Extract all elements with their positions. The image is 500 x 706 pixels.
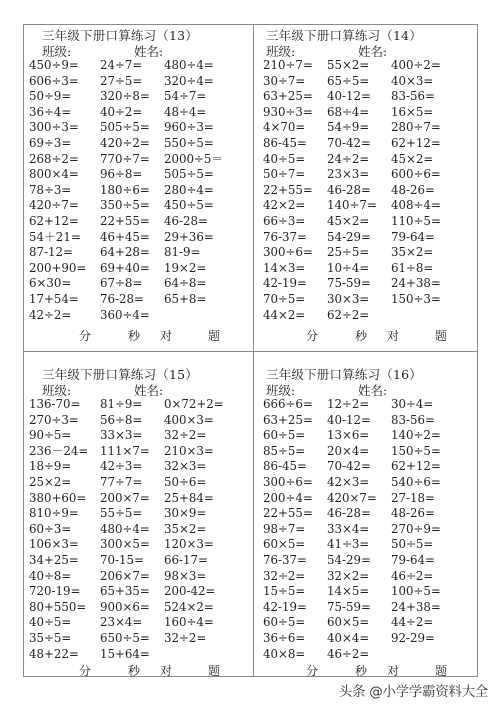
problem-cell: 29+36= bbox=[164, 230, 214, 246]
problem-cell: 46+45= bbox=[100, 230, 150, 246]
problem-row: 85÷5=20×4=150÷5= bbox=[254, 444, 482, 460]
problem-cell: 300÷6= bbox=[263, 475, 313, 491]
score-footer: 分 秒 对 题 bbox=[254, 327, 482, 343]
problem-cell: 86-45= bbox=[263, 459, 307, 475]
problem-cell: 36÷6= bbox=[263, 631, 305, 647]
problem-row: 25×2=77÷7= 50÷6= bbox=[24, 475, 252, 491]
problem-cell: 60÷5= bbox=[263, 428, 305, 444]
problem-cell: 270÷9= bbox=[391, 522, 441, 538]
problem-cell: 75-59= bbox=[327, 600, 371, 616]
problem-cell: 64+28= bbox=[100, 245, 150, 261]
problem-cell: 160÷4= bbox=[164, 615, 214, 631]
problem-cell: 210×3= bbox=[164, 444, 214, 460]
problem-cell: 650÷5= bbox=[100, 631, 150, 647]
problem-cell: 32÷2= bbox=[164, 428, 206, 444]
problem-row: 200+90=69+40=19×2= bbox=[24, 261, 252, 277]
problem-cell: 22+55= bbox=[263, 183, 313, 199]
problem-cell: 450÷5= bbox=[164, 198, 214, 214]
problem-row: 300÷6=25÷5=35×2= bbox=[254, 245, 482, 261]
problem-cell: 65+35= bbox=[100, 584, 150, 600]
problem-cell: 66÷3= bbox=[263, 214, 305, 230]
problem-cell: 98÷7= bbox=[263, 522, 305, 538]
problem-cell: 150÷5= bbox=[391, 444, 441, 460]
problem-cell: 40÷5= bbox=[29, 615, 71, 631]
problem-cell: 450÷9= bbox=[29, 58, 79, 74]
problem-row: 6×30=67÷8=64÷8= bbox=[24, 276, 252, 292]
problem-row: 210÷7=55×2=400÷2= bbox=[254, 58, 482, 74]
problem-row: 380+60=200×7= 25+84= bbox=[24, 491, 252, 507]
problem-cell: 70-42= bbox=[327, 136, 371, 152]
problem-cell: 40-12= bbox=[327, 413, 371, 429]
problem-cell: 106×3= bbox=[29, 537, 79, 553]
problem-cell: 46-28= bbox=[327, 506, 371, 522]
correct-label: 对 bbox=[387, 327, 399, 344]
problem-row: 236－24=111×7=210×3= bbox=[24, 444, 252, 460]
problem-row: 44×2= 62÷2= bbox=[254, 308, 482, 324]
problem-cell: 420÷7= bbox=[29, 198, 79, 214]
problem-cell: 10÷4= bbox=[327, 261, 369, 277]
problem-cell: 46-28= bbox=[327, 183, 371, 199]
worksheet-14: 三年级下册口算练习（14） 班级: 姓名: 210÷7=55×2=400÷2=3… bbox=[254, 25, 482, 351]
problem-cell: 56÷8= bbox=[100, 413, 142, 429]
problem-cell: 76-28= bbox=[100, 292, 144, 308]
problem-row: 40÷5=23×4= 160÷4= bbox=[24, 615, 252, 631]
problem-row: 90÷5=33×3=32÷2= bbox=[24, 428, 252, 444]
problem-row: 87-12=64+28=81-9= bbox=[24, 245, 252, 261]
problem-cell: 76-37= bbox=[263, 553, 307, 569]
problem-row: 810÷9=55÷5= 30×9= bbox=[24, 506, 252, 522]
problem-row: 42÷2=360÷4= bbox=[24, 308, 252, 324]
seconds-label: 秒 bbox=[355, 327, 367, 344]
problem-cell: 35×2= bbox=[164, 522, 206, 538]
problem-cell: 42÷3= bbox=[100, 459, 142, 475]
problem-cell: 16×5= bbox=[391, 105, 433, 121]
problem-cell: 86-45= bbox=[263, 136, 307, 152]
score-footer: 分 秒 对 题 bbox=[24, 662, 252, 678]
problem-row: 86-45=70-42=62+12= bbox=[254, 136, 482, 152]
problem-row: 50÷7=23×3=600÷6= bbox=[254, 167, 482, 183]
problem-cell: 62+12= bbox=[391, 459, 441, 475]
worksheet-15: 三年级下册口算练习（15） 班级: 姓名: 136-70=81÷9=0×72+2… bbox=[24, 352, 252, 677]
problem-cell: 70-15= bbox=[100, 553, 144, 569]
problem-cell: 55×2= bbox=[327, 58, 369, 74]
problem-cell: 33×4= bbox=[327, 522, 369, 538]
problem-cell: 67÷8= bbox=[100, 276, 142, 292]
problem-cell: 480÷4= bbox=[100, 522, 150, 538]
problem-cell: 42×2= bbox=[263, 198, 305, 214]
problem-cell: 40÷8= bbox=[29, 569, 71, 585]
problem-cell: 930÷3= bbox=[263, 105, 313, 121]
problem-row: 40×8= 46÷2= bbox=[254, 647, 482, 663]
problem-cell: 80+550= bbox=[29, 600, 86, 616]
problem-cell: 540÷6= bbox=[391, 475, 441, 491]
problem-cell: 270÷3= bbox=[29, 413, 79, 429]
problem-row: 35÷5=650÷5= 32÷2= bbox=[24, 631, 252, 647]
problem-cell: 800×4= bbox=[29, 167, 79, 183]
problem-cell: 63+25= bbox=[263, 413, 313, 429]
problem-cell: 85÷5= bbox=[263, 444, 305, 460]
problem-cell: 62+12= bbox=[29, 214, 79, 230]
problem-row: 80+550=900×6= 524×2= bbox=[24, 600, 252, 616]
problem-cell: 35÷5= bbox=[29, 631, 71, 647]
problem-cell: 60÷5= bbox=[263, 615, 305, 631]
problem-cell: 65÷5= bbox=[327, 74, 369, 90]
problem-cell: 666÷6= bbox=[263, 397, 313, 413]
problem-cell: 524×2= bbox=[164, 600, 214, 616]
problem-cell: 40÷5= bbox=[263, 152, 305, 168]
problem-cell: 65+8= bbox=[164, 292, 206, 308]
problem-cell: 50÷5= bbox=[391, 537, 433, 553]
problem-cell: 300÷3= bbox=[29, 120, 79, 136]
problem-cell: 60×5= bbox=[263, 537, 305, 553]
problem-list: 666÷6=12÷2=30÷4=63+25=40-12=83-56=60÷5=1… bbox=[254, 397, 482, 662]
problem-row: 36÷4=40÷2=48÷4= bbox=[24, 105, 252, 121]
problem-cell: 36÷4= bbox=[29, 105, 71, 121]
problem-row: 60÷3=480÷4= 35×2= bbox=[24, 522, 252, 538]
problem-cell: 41÷3= bbox=[327, 537, 369, 553]
problem-row: 86-45=70-42=62+12= bbox=[254, 459, 482, 475]
problem-cell: 79-64= bbox=[391, 230, 435, 246]
problem-row: 270÷3=56÷8=400×3= bbox=[24, 413, 252, 429]
class-label: 班级: bbox=[42, 383, 71, 398]
problem-cell: 20×4= bbox=[327, 444, 369, 460]
problem-row: 450÷9=24÷7=480÷4= bbox=[24, 58, 252, 74]
problem-cell: 268÷2= bbox=[29, 152, 79, 168]
worksheet-13: 三年级下册口算练习（13） 班级: 姓名: 450÷9=24÷7=480÷4=6… bbox=[24, 25, 252, 351]
problem-cell: 100÷5= bbox=[391, 584, 441, 600]
problem-cell: 13×6= bbox=[327, 428, 369, 444]
problem-row: 34+25=70-15= 66-17= bbox=[24, 553, 252, 569]
problem-cell: 77÷7= bbox=[100, 475, 142, 491]
problem-cell: 24+38= bbox=[391, 276, 441, 292]
problem-cell: 505÷5= bbox=[164, 167, 214, 183]
problem-cell: 24+38= bbox=[391, 600, 441, 616]
problem-row: 42×2=140÷7=408÷4= bbox=[254, 198, 482, 214]
problem-cell: 136-70= bbox=[29, 397, 80, 413]
problem-cell: 68÷4= bbox=[327, 105, 369, 121]
problem-cell: 30÷4= bbox=[391, 397, 433, 413]
problem-cell: 810÷9= bbox=[29, 506, 79, 522]
problem-cell: 32÷2= bbox=[164, 631, 206, 647]
problem-cell: 76-37= bbox=[263, 230, 307, 246]
problem-cell: 0×72+2= bbox=[164, 397, 224, 413]
problem-row: 60÷5=13×6=140÷2= bbox=[254, 428, 482, 444]
problem-cell: 25÷5= bbox=[327, 245, 369, 261]
problem-cell: 400÷2= bbox=[391, 58, 441, 74]
seconds-label: 秒 bbox=[128, 327, 140, 344]
problem-list: 136-70=81÷9=0×72+2=270÷3=56÷8=400×3=90÷5… bbox=[24, 397, 252, 662]
problem-row: 63+25=40-12=83-56= bbox=[254, 413, 482, 429]
problem-cell: 120×3= bbox=[164, 537, 214, 553]
problem-cell: 70÷5= bbox=[263, 292, 305, 308]
problem-cell: 25×2= bbox=[29, 475, 71, 491]
problem-cell: 111×7= bbox=[100, 444, 150, 460]
problem-cell: 180÷6= bbox=[100, 183, 150, 199]
problem-cell: 19×2= bbox=[164, 261, 206, 277]
watermark: 头条 @小学学霸资料大全 bbox=[339, 680, 488, 700]
problem-cell: 2000÷5＝ bbox=[164, 152, 223, 168]
problem-row: 42-19=75-59=24+38= bbox=[254, 276, 482, 292]
problem-cell: 110÷5= bbox=[391, 214, 441, 230]
problem-cell: 75-59= bbox=[327, 276, 371, 292]
questions-label: 题 bbox=[435, 662, 447, 679]
problem-cell: 600÷6= bbox=[391, 167, 441, 183]
problem-cell: 505÷5= bbox=[100, 120, 150, 136]
problem-cell: 64÷8= bbox=[164, 276, 206, 292]
problem-cell: 25+84= bbox=[164, 491, 214, 507]
problem-cell: 12÷2= bbox=[327, 397, 369, 413]
problem-cell: 206×7= bbox=[100, 569, 150, 585]
problem-cell: 6×30= bbox=[29, 276, 71, 292]
problem-cell: 15÷5= bbox=[263, 584, 305, 600]
problem-list: 450÷9=24÷7=480÷4=606÷3=27÷5=320÷4=50÷9=3… bbox=[24, 58, 252, 323]
problem-cell: 32×2= bbox=[327, 569, 369, 585]
problem-cell: 60×5= bbox=[327, 615, 369, 631]
problem-row: 30÷7=65÷5=40×3= bbox=[254, 74, 482, 90]
problem-cell: 33×3= bbox=[100, 428, 142, 444]
problem-cell: 50÷9= bbox=[29, 89, 71, 105]
problem-cell: 320÷4= bbox=[164, 74, 214, 90]
problem-row: 930÷3=68÷4=16×5= bbox=[254, 105, 482, 121]
problem-cell: 30×3= bbox=[327, 292, 369, 308]
problem-cell: 45×2= bbox=[327, 214, 369, 230]
problem-cell: 66-17= bbox=[164, 553, 208, 569]
problem-cell: 54-29= bbox=[327, 230, 371, 246]
problem-cell: 79-64= bbox=[391, 553, 435, 569]
problem-cell: 83-56= bbox=[391, 413, 435, 429]
problem-row: 60×5=41÷3=50÷5= bbox=[254, 537, 482, 553]
problem-row: 60÷5= 60×5= 44÷2= bbox=[254, 615, 482, 631]
problem-row: 14×3=10÷4=61÷8= bbox=[254, 261, 482, 277]
problem-row: 42-19=75-59=24+38= bbox=[254, 600, 482, 616]
problem-cell: 400×3= bbox=[164, 413, 214, 429]
problem-cell: 236－24= bbox=[29, 444, 88, 460]
problem-list: 210÷7=55×2=400÷2=30÷7=65÷5=40×3=63+25=40… bbox=[254, 58, 482, 323]
problem-cell: 480÷4= bbox=[164, 58, 214, 74]
problem-row: 22+55=46-28=48-26= bbox=[254, 506, 482, 522]
problem-cell: 280÷7= bbox=[391, 120, 441, 136]
problem-cell: 30÷7= bbox=[263, 74, 305, 90]
problem-cell: 40×8= bbox=[263, 647, 305, 663]
problem-cell: 420×7= bbox=[327, 491, 377, 507]
problem-cell: 420÷2= bbox=[100, 136, 150, 152]
problem-row: 32÷2=32×2=46÷2= bbox=[254, 569, 482, 585]
problem-row: 666÷6=12÷2=30÷4= bbox=[254, 397, 482, 413]
problem-cell: 46-28= bbox=[164, 214, 208, 230]
problem-cell: 42÷2= bbox=[29, 308, 71, 324]
problem-cell: 48-26= bbox=[391, 506, 435, 522]
problem-cell: 50÷7= bbox=[263, 167, 305, 183]
problem-cell: 70-42= bbox=[327, 459, 371, 475]
problem-cell: 42-19= bbox=[263, 600, 307, 616]
seconds-label: 秒 bbox=[128, 662, 140, 679]
problem-cell: 40-12= bbox=[327, 89, 371, 105]
problem-cell: 62+12= bbox=[391, 136, 441, 152]
problem-cell: 69+40= bbox=[100, 261, 150, 277]
problem-row: 76-37=54-29=79-64= bbox=[254, 553, 482, 569]
problem-cell: 46÷2= bbox=[327, 647, 369, 663]
problem-cell: 350÷5= bbox=[100, 198, 150, 214]
problem-cell: 300×5= bbox=[100, 537, 150, 553]
problem-cell: 210÷7= bbox=[263, 58, 313, 74]
problem-cell: 60÷3= bbox=[29, 522, 71, 538]
problem-cell: 61÷8= bbox=[391, 261, 433, 277]
problem-cell: 32×3= bbox=[164, 459, 206, 475]
problem-row: 50÷9=320÷8=54÷7= bbox=[24, 89, 252, 105]
minutes-label: 分 bbox=[79, 662, 91, 679]
problem-cell: 23×4= bbox=[100, 615, 142, 631]
problem-cell: 22+55= bbox=[263, 506, 313, 522]
problem-row: 70÷5= 30×3= 150÷3= bbox=[254, 292, 482, 308]
problem-cell: 87-12= bbox=[29, 245, 73, 261]
score-footer: 分 秒 对 题 bbox=[24, 327, 252, 343]
class-label: 班级: bbox=[266, 383, 295, 398]
problem-cell: 360÷4= bbox=[100, 308, 150, 324]
problem-cell: 50÷6= bbox=[164, 475, 206, 491]
problem-cell: 69÷3= bbox=[29, 136, 71, 152]
problem-cell: 15+64= bbox=[100, 647, 150, 663]
problem-cell: 45×2= bbox=[391, 152, 433, 168]
problem-row: 4×70=54÷9=280÷7= bbox=[254, 120, 482, 136]
problem-cell: 380+60= bbox=[29, 491, 86, 507]
problem-cell: 720-19= bbox=[29, 584, 80, 600]
problem-cell: 606÷3= bbox=[29, 74, 79, 90]
problem-cell: 14×3= bbox=[263, 261, 305, 277]
problem-row: 54＋21=46+45=29+36= bbox=[24, 230, 252, 246]
worksheet-16: 三年级下册口算练习（16） 班级: 姓名: 666÷6=12÷2=30÷4=63… bbox=[254, 352, 482, 677]
problem-cell: 54-29= bbox=[327, 553, 371, 569]
problem-cell: 200÷4= bbox=[263, 491, 313, 507]
problem-cell: 320÷8= bbox=[100, 89, 150, 105]
problem-row: 268÷2=770÷7=2000÷5＝ bbox=[24, 152, 252, 168]
problem-cell: 90÷5= bbox=[29, 428, 71, 444]
class-label: 班级: bbox=[266, 44, 295, 59]
worksheet-grid: 三年级下册口算练习（13） 班级: 姓名: 450÷9=24÷7=480÷4=6… bbox=[23, 24, 478, 677]
problem-cell: 18÷9= bbox=[29, 459, 71, 475]
score-footer: 分 秒 对 题 bbox=[254, 662, 482, 678]
problem-cell: 200×7= bbox=[100, 491, 150, 507]
problem-cell: 63+25= bbox=[263, 89, 313, 105]
problem-row: 69÷3=420÷2=550÷5= bbox=[24, 136, 252, 152]
problem-row: 800×4=96÷8=505÷5= bbox=[24, 167, 252, 183]
problem-cell: 98×3= bbox=[164, 569, 206, 585]
problem-cell: 900×6= bbox=[100, 600, 150, 616]
problem-row: 300÷3=505÷5=960÷3= bbox=[24, 120, 252, 136]
problem-cell: 44×2= bbox=[263, 308, 305, 324]
problem-cell: 78÷3= bbox=[29, 183, 71, 199]
problem-cell: 42-19= bbox=[263, 276, 307, 292]
problem-cell: 92-29= bbox=[391, 631, 435, 647]
problem-cell: 150÷3= bbox=[391, 292, 441, 308]
problem-cell: 54÷9= bbox=[327, 120, 369, 136]
problem-cell: 81÷9= bbox=[100, 397, 142, 413]
minutes-label: 分 bbox=[306, 327, 318, 344]
problem-cell: 770÷7= bbox=[100, 152, 150, 168]
problem-row: 18÷9=42÷3=32×3= bbox=[24, 459, 252, 475]
problem-cell: 140÷7= bbox=[327, 198, 377, 214]
problem-cell: 48-26= bbox=[391, 183, 435, 199]
questions-label: 题 bbox=[435, 327, 447, 344]
problem-cell: 200-42= bbox=[164, 584, 215, 600]
problem-cell: 48+22= bbox=[29, 647, 79, 663]
problem-row: 22+55=46-28=48-26= bbox=[254, 183, 482, 199]
questions-label: 题 bbox=[208, 327, 220, 344]
problem-cell: 34+25= bbox=[29, 553, 79, 569]
problem-cell: 44÷2= bbox=[391, 615, 433, 631]
problem-cell: 24÷2= bbox=[327, 152, 369, 168]
problem-cell: 27÷5= bbox=[100, 74, 142, 90]
problem-cell: 42×3= bbox=[327, 475, 369, 491]
problem-row: 40÷5=24÷2=45×2= bbox=[254, 152, 482, 168]
problem-cell: 32÷2= bbox=[263, 569, 305, 585]
problem-cell: 48÷4= bbox=[164, 105, 206, 121]
problem-cell: 22+55= bbox=[100, 214, 150, 230]
problem-cell: 200+90= bbox=[29, 261, 86, 277]
problem-cell: 14×5= bbox=[327, 584, 369, 600]
problem-row: 106×3=300×5= 120×3= bbox=[24, 537, 252, 553]
problem-cell: 35×2= bbox=[391, 245, 433, 261]
problem-row: 98÷7=33×4=270÷9= bbox=[254, 522, 482, 538]
problem-row: 17+54=76-28=65+8= bbox=[24, 292, 252, 308]
problem-row: 40÷8=206×7= 98×3= bbox=[24, 569, 252, 585]
problem-row: 720-19=65+35= 200-42= bbox=[24, 584, 252, 600]
problem-cell: 960÷3= bbox=[164, 120, 214, 136]
problem-cell: 408÷4= bbox=[391, 198, 441, 214]
problem-cell: 17+54= bbox=[29, 292, 79, 308]
problem-row: 66÷3=45×2=110÷5= bbox=[254, 214, 482, 230]
problem-cell: 54÷7= bbox=[164, 89, 206, 105]
problem-cell: 30×9= bbox=[164, 506, 206, 522]
problem-cell: 81-9= bbox=[164, 245, 200, 261]
problem-cell: 40×3= bbox=[391, 74, 433, 90]
problem-cell: 27-18= bbox=[391, 491, 435, 507]
problem-row: 15÷5=14×5=100÷5= bbox=[254, 584, 482, 600]
problem-row: 300÷6=42×3=540÷6= bbox=[254, 475, 482, 491]
problem-cell: 140÷2= bbox=[391, 428, 441, 444]
problem-cell: 550÷5= bbox=[164, 136, 214, 152]
problem-row: 78÷3=180÷6=280÷4= bbox=[24, 183, 252, 199]
class-label: 班级: bbox=[42, 44, 71, 59]
problem-cell: 83-56= bbox=[391, 89, 435, 105]
problem-row: 36÷6= 40×4= 92-29= bbox=[254, 631, 482, 647]
minutes-label: 分 bbox=[79, 327, 91, 344]
problem-cell: 24÷7= bbox=[100, 58, 142, 74]
correct-label: 对 bbox=[387, 662, 399, 679]
correct-label: 对 bbox=[160, 327, 172, 344]
problem-row: 63+25=40-12=83-56= bbox=[254, 89, 482, 105]
problem-cell: 23×3= bbox=[327, 167, 369, 183]
problem-cell: 280÷4= bbox=[164, 183, 214, 199]
problem-cell: 4×70= bbox=[263, 120, 305, 136]
seconds-label: 秒 bbox=[355, 662, 367, 679]
problem-cell: 300÷6= bbox=[263, 245, 313, 261]
problem-row: 76-37=54-29=79-64= bbox=[254, 230, 482, 246]
problem-cell: 40×4= bbox=[327, 631, 369, 647]
problem-row: 420÷7=350÷5=450÷5= bbox=[24, 198, 252, 214]
problem-cell: 96÷8= bbox=[100, 167, 142, 183]
problem-row: 62+12=22+55=46-28= bbox=[24, 214, 252, 230]
minutes-label: 分 bbox=[306, 662, 318, 679]
problem-row: 48+22=15+64= bbox=[24, 647, 252, 663]
correct-label: 对 bbox=[160, 662, 172, 679]
problem-cell: 55÷5= bbox=[100, 506, 142, 522]
problem-cell: 54＋21= bbox=[29, 230, 81, 246]
problem-cell: 40÷2= bbox=[100, 105, 142, 121]
problem-row: 606÷3=27÷5=320÷4= bbox=[24, 74, 252, 90]
questions-label: 题 bbox=[208, 662, 220, 679]
problem-cell: 62÷2= bbox=[327, 308, 369, 324]
problem-cell: 46÷2= bbox=[391, 569, 433, 585]
